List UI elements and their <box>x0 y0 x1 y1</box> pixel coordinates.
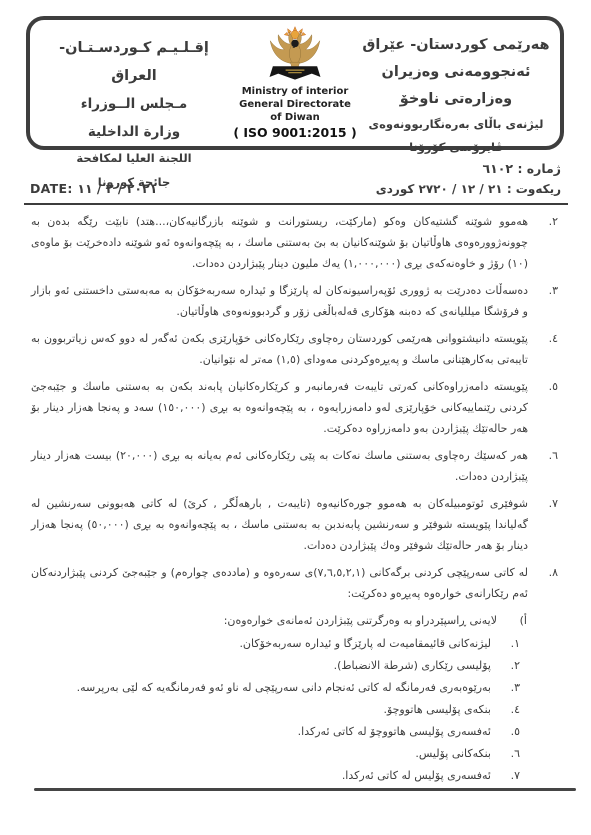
numbered-item: ٧. شوفێری ئوتومبیلەکان بە هەموو جورەکانی… <box>31 493 561 556</box>
sub-text: پۆلیسی رێکاری (شرطة الانضباط). <box>334 659 491 672</box>
sub-text: ئەفسەری پۆلیسی هاتووچۆ لە کاتی ئەرکدا. <box>298 725 491 738</box>
sub-marker: ٢. <box>511 655 520 676</box>
kurdish-date-suffix: کوردی <box>376 182 415 196</box>
kurdish-date-value: ٢١ / ١٢ / ٢٧٢٠ <box>419 182 503 196</box>
numbered-item: ٥. پێویستە دامەزراوەکانی کەرتی تایبەت فە… <box>31 376 561 439</box>
iso-certification-line: ( ISO 9001:2015 ) <box>233 124 356 141</box>
numbered-item: ٦. هەر کەسێك رەچاوی بەستنی ماسك نەکات بە… <box>31 445 561 487</box>
item-marker: ٤. <box>549 328 558 349</box>
item-marker: ٨. <box>549 562 558 583</box>
sub-list-item: ٢. پۆلیسی رێکاری (شرطة الانضباط). <box>31 655 561 676</box>
date-separator-line <box>24 203 568 205</box>
subitem-marker: أ) <box>520 610 527 631</box>
sub-text: لیژنەکانی قائیمقامیەت لە پارێزگا و ئیدار… <box>239 637 491 650</box>
item-text: هەر کەسێك رەچاوی بەستنی ماسك نەکات بە پێ… <box>31 449 528 483</box>
sub-list-item: ٣. بەرێوەبەری فەرمانگە لە کاتی ئەنجام دا… <box>31 677 561 698</box>
numbered-item: ٣. دەسەڵات دەدرێت بە ژووری ئۆپەراسیونەکا… <box>31 280 561 322</box>
ministry-line: Ministry of interior <box>242 85 349 98</box>
kurdistan-emblem-icon <box>257 26 333 85</box>
item-marker: ٧. <box>549 493 558 514</box>
letterhead-arabic-column: إقـلـيـم كـوردسـتـان- العراق مـجلس الــو… <box>36 25 232 141</box>
kurdish-line: هەرێمی کوردستان- عێراق <box>358 32 554 59</box>
item-marker: ٦. <box>549 445 558 466</box>
kurdish-line: ئەنجوومەنی وەزیران <box>358 59 554 86</box>
sub-list-item: ١. لیژنەکانی قائیمقامیەت لە پارێزگا و ئی… <box>31 633 561 654</box>
sub-list-item: ٧. ئەفسەری پۆلیس لە کاتی ئەرکدا. <box>31 765 561 786</box>
arabic-line: إقـلـيـم كـوردسـتـان- العراق <box>36 34 232 90</box>
sub-marker: ٦. <box>511 743 520 764</box>
sub-list-item: ٦. بنکەکانی پۆلیس. <box>31 743 561 764</box>
sub-text: بنکەی پۆلیسی هاتووچۆ. <box>383 703 491 716</box>
arabic-line: مـجلس الــوزراء <box>36 90 232 118</box>
item-marker: ٣. <box>549 280 558 301</box>
numbered-item: ٨. لە کاتی سەرپێچی کردنی برگەکانی (٧,٦,٥… <box>31 562 561 604</box>
number-label: ژمارە : <box>517 161 561 176</box>
kurdish-line: وەزارەتی ناوخۆ <box>358 86 554 113</box>
subitem-text: لایەنی ڕاسپێردراو بە وەرگرتنی پێبژاردن ئ… <box>224 614 497 627</box>
kurdish-line: لیژنەی باڵای بەرەنگاربوونەوەی <box>358 113 554 136</box>
footer-line <box>34 788 576 791</box>
letterhead-kurdish-column: هەرێمی کوردستان- عێراق ئەنجوومەنی وەزیرا… <box>358 25 554 141</box>
letterhead: هەرێمی کوردستان- عێراق ئەنجوومەنی وەزیرا… <box>26 16 564 150</box>
sub-marker: ٣. <box>511 677 520 698</box>
sub-list-item: ٥. ئەفسەری پۆلیسی هاتووچۆ لە کاتی ئەرکدا… <box>31 721 561 742</box>
reference-block: ژمارە : ٦١٠٢ ریکەوت : ٢١ / ١٢ / ٢٧٢٠ کور… <box>30 159 561 199</box>
sub-marker: ٤. <box>511 699 520 720</box>
kurdish-line: ڤایرۆسی کۆرۆنا <box>358 136 554 159</box>
item-text: پێویستە دانیشتووانی هەرێمی کوردستان رەچا… <box>31 332 528 366</box>
document-page: هەرێمی کوردستان- عێراق ئەنجوومەنی وەزیرا… <box>0 0 591 835</box>
numbered-item: ٢. هەموو شوێنە گشتیەکان وەکو (مارکێت، ری… <box>31 211 561 274</box>
sub-marker: ٥. <box>511 721 520 742</box>
sub-text: بەرێوەبەری فەرمانگە لە کاتی ئەنجام دانی … <box>77 681 491 694</box>
lettered-subitem: أ) لایەنی ڕاسپێردراو بە وەرگرتنی پێبژارد… <box>31 610 561 631</box>
date-row: ریکەوت : ٢١ / ١٢ / ٢٧٢٠ کوردی DATE: ٢٠٢١… <box>30 179 561 199</box>
item-text: هەموو شوێنە گشتیەکان وەکو (مارکێت، ریستو… <box>31 215 528 270</box>
directorate-line: General Directorate of Diwan <box>232 98 358 124</box>
sub-text: بنکەکانی پۆلیس. <box>415 747 491 760</box>
gregorian-date-label: DATE: <box>30 181 73 196</box>
item-text: پێویستە دامەزراوەکانی کەرتی تایبەت فەرما… <box>31 380 528 435</box>
sub-list-item: ٤. بنکەی پۆلیسی هاتووچۆ. <box>31 699 561 720</box>
sub-marker: ١. <box>511 633 520 654</box>
gregorian-date-value: ٢٠٢١ / ٣ / ١١ <box>77 181 157 196</box>
sub-marker: ٧. <box>511 765 520 786</box>
document-body: ٢. هەموو شوێنە گشتیەکان وەکو (مارکێت، ری… <box>31 211 561 787</box>
item-text: لە کاتی سەرپێچی کردنی برگەکانی (٧,٦,٥,٢,… <box>31 566 528 600</box>
item-marker: ٥. <box>549 376 558 397</box>
gregorian-date: DATE: ٢٠٢١ / ٣ / ١١ <box>30 179 157 199</box>
item-text: شوفێری ئوتومبیلەکان بە هەموو جورەکانیەوە… <box>31 497 528 552</box>
kurdish-date-label: ریکەوت : <box>507 182 561 196</box>
reference-number-row: ژمارە : ٦١٠٢ <box>30 159 561 179</box>
kurdish-date: ریکەوت : ٢١ / ١٢ / ٢٧٢٠ کوردی <box>376 179 561 199</box>
arabic-line: وزارة الداخلية <box>36 118 232 146</box>
sub-text: ئەفسەری پۆلیس لە کاتی ئەرکدا. <box>342 769 491 782</box>
letterhead-center-column: Ministry of interior General Directorate… <box>232 25 358 141</box>
numbered-item: ٤. پێویستە دانیشتووانی هەرێمی کوردستان ر… <box>31 328 561 370</box>
item-text: دەسەڵات دەدرێت بە ژووری ئۆپەراسیونەکان ل… <box>31 284 528 318</box>
item-marker: ٢. <box>549 211 558 232</box>
number-value: ٦١٠٢ <box>483 161 514 176</box>
